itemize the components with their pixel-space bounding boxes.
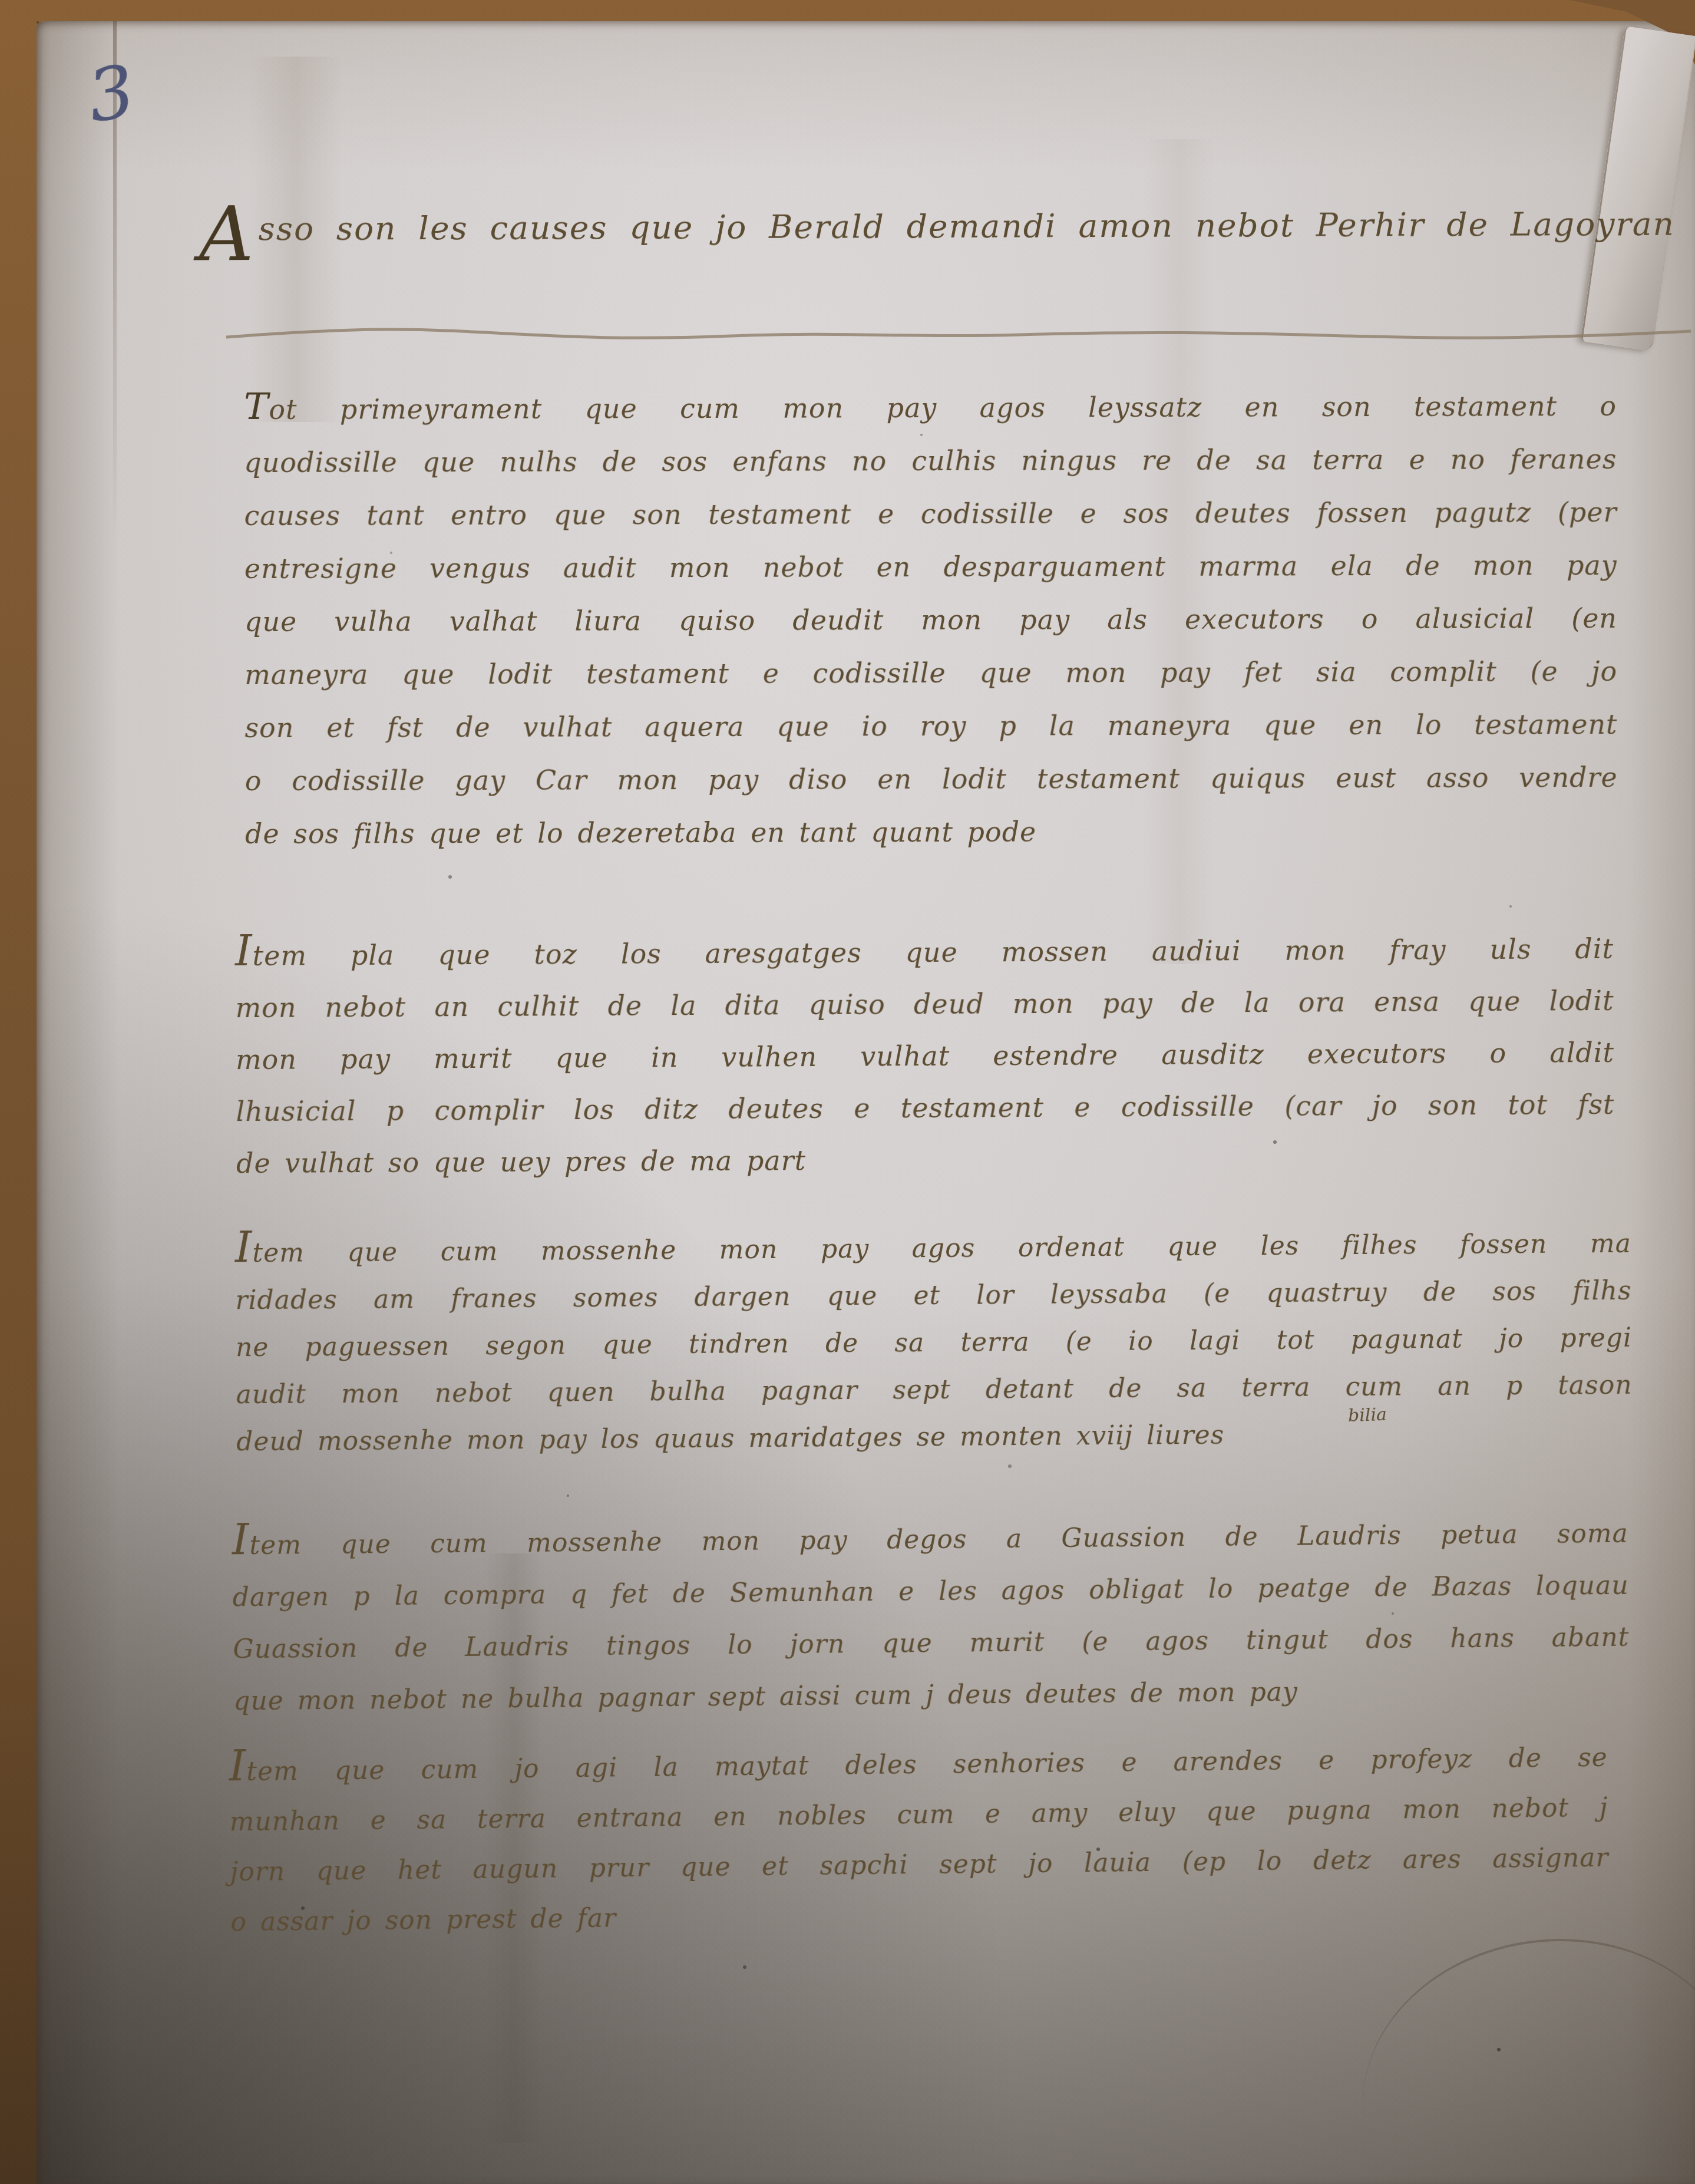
text-line: Tot primeyrament que cum mon pay agos le…	[244, 377, 1617, 436]
decorated-initial: A	[199, 190, 255, 278]
paragraph-1: Tot primeyrament que cum mon pay agos le…	[244, 377, 1618, 860]
text-line: deud mossenhe mon pay los quaus maridatg…	[236, 1409, 1633, 1466]
text-line: Item que cum mossenhe mon pay agos orden…	[235, 1214, 1632, 1278]
paper-specks	[37, 21, 39, 24]
text-line: mon nebot an culhit de la dita quiso deu…	[235, 975, 1614, 1034]
text-line: que vulha valhat liura quiso deudit mon …	[244, 592, 1617, 648]
paragraph-5: Item que cum jo agi la maytat deles senh…	[229, 1727, 1610, 1947]
manuscript-photo: 3 Asso son les causes que jo Berald dema…	[0, 0, 1695, 2184]
text-line: entresigne vengus audit mon nebot en des…	[244, 539, 1617, 595]
heading-line: Asso son les causes que jo Berald demand…	[199, 205, 1675, 248]
text-line: causes tant entro que son testament e co…	[244, 486, 1617, 542]
paragraph-2: Item pla que toz los aresgatges que moss…	[235, 918, 1615, 1189]
text-line: quodissille que nulhs de sos enfans no c…	[244, 433, 1617, 489]
text-line: maneyra que lodit testament e codissille…	[244, 645, 1617, 701]
text-line: lhusicial p complir los ditz deutes e te…	[236, 1078, 1614, 1137]
paper-crease-arc	[1345, 1918, 1695, 2118]
paragraph-3: Item que cum mossenhe mon pay agos orden…	[235, 1214, 1633, 1466]
paragraph-4: Item que cum mossenhe mon pay degos a Gu…	[232, 1502, 1630, 1728]
text-line: de vulhat so que uey pres de ma part	[236, 1130, 1615, 1189]
text-line: son et fst de vulhat aquera que io roy p…	[244, 698, 1617, 754]
text-line: de sos filhs que et lo dezeretaba en tan…	[245, 804, 1618, 860]
text-line: mon pay murit que in vulhen vulhat esten…	[236, 1027, 1614, 1086]
heading-text: sso son les causes que jo Berald demandi…	[258, 205, 1675, 248]
heading-divider-line	[225, 318, 1692, 348]
interlinear-addition: bilia	[1347, 1404, 1387, 1426]
text-line: audit mon nebot quen bulha pagnar sept d…	[236, 1362, 1633, 1419]
text-line: Item pla que toz los aresgatges que moss…	[235, 918, 1614, 982]
text-line: o codissille gay Car mon pay diso en lod…	[245, 751, 1618, 807]
